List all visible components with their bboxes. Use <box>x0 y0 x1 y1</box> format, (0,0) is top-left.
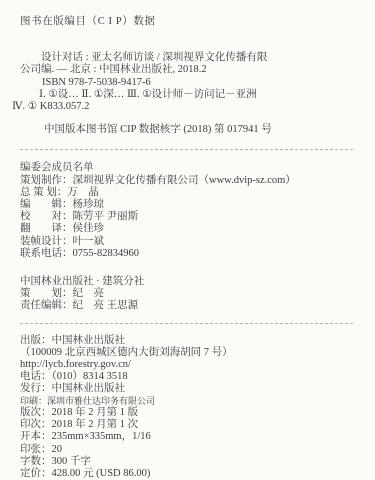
cip-class-line2: Ⅳ. ① K833.057.2 <box>12 101 357 113</box>
row-value: 陈劳平 尹丽斯 <box>73 211 139 222</box>
publishing-row: 印刷：深圳市雅仕达印务有限公司 <box>20 395 357 407</box>
publishing-row: 开本：235mm×335mm，1/16 <box>20 431 357 443</box>
row-label: 策 划： <box>20 288 73 299</box>
row-value: 2018 年 2 月第 1 版 <box>52 407 139 418</box>
row-label: 印次： <box>20 419 52 430</box>
row-label: 出版： <box>20 335 52 346</box>
row-value: 20 <box>52 444 63 455</box>
row-value: 深圳市雅仕达印务有限公司 <box>47 396 155 406</box>
row-value: 纪 亮 <box>73 288 105 299</box>
publisher-address: （100009 北京西城区德内大街刘海胡同 7 号） <box>20 347 357 359</box>
row-label: 发行： <box>20 383 52 394</box>
committee-section: 编委会成员名单 策划制作：深圳视界文化传播有限公司（www.dvip-sz.co… <box>20 162 357 260</box>
row-value: 中国林业出版社 <box>52 335 126 346</box>
row-label: 编 辑： <box>20 199 73 210</box>
publishing-row: 字数：300 千字 <box>20 456 357 468</box>
row-value: （010）8314 3518 <box>52 371 128 382</box>
row-value: 300 千字 <box>52 456 91 467</box>
row-label: 印刷： <box>20 396 47 406</box>
committee-row: 联系电话：0755-82834960 <box>20 248 357 260</box>
publishing-row: 出版：中国林业出版社 <box>20 335 357 347</box>
branch-row: 责任编辑：纪 亮 王思源 <box>20 300 357 312</box>
cip-registration-line: 中国版本图书馆 CIP 数据核字 (2018) 第 017941 号 <box>20 124 357 136</box>
row-label: 印张： <box>20 444 52 455</box>
committee-row: 策划制作：深圳视界文化传播有限公司（www.dvip-sz.com） <box>20 175 357 187</box>
separator-dashed-bottom <box>20 323 353 324</box>
publishing-row: 版次：2018 年 2 月第 1 版 <box>20 407 357 419</box>
row-value: 杨珍琼 <box>73 199 105 210</box>
row-label: 校 对： <box>20 211 73 222</box>
row-label: 总 策 划： <box>20 187 67 198</box>
publisher-url: http://lycb.forestry.gov.cn/ <box>20 359 357 371</box>
row-value: http://lycb.forestry.gov.cn/ <box>20 359 131 370</box>
cip-desc-line2: 公司编. — 北京 : 中国林业出版社, 2018.2 <box>20 64 357 76</box>
cip-class-line1: Ⅰ. ①设… Ⅱ. ①深… Ⅲ. ①设计师－访问记－亚洲 <box>20 89 357 101</box>
committee-row: 校 对：陈劳平 尹丽斯 <box>20 211 357 223</box>
row-value: 428.00 元 (USD 86.00) <box>52 468 151 479</box>
row-value: 0755-82834960 <box>73 248 140 259</box>
row-value: 中国林业出版社 <box>52 383 126 394</box>
row-value: 万 晶 <box>67 187 99 198</box>
row-value: 纪 亮 王思源 <box>73 300 139 311</box>
publishing-row: 发行：中国林业出版社 <box>20 383 357 395</box>
page-title: 图书在版编目（C I P）数据 <box>20 16 357 28</box>
row-label: 电话： <box>20 371 52 382</box>
row-label: 定价： <box>20 468 52 479</box>
branch-row: 策 划：纪 亮 <box>20 288 357 300</box>
row-label: 开本： <box>20 431 52 442</box>
branch-heading: 中国林业出版社 · 建筑分社 <box>20 276 357 288</box>
row-label: 联系电话： <box>20 248 73 259</box>
row-label: 策划制作： <box>20 175 73 186</box>
branch-section: 中国林业出版社 · 建筑分社 策 划：纪 亮 责任编辑：纪 亮 王思源 <box>20 276 357 313</box>
row-value: 叶一斌 <box>73 236 105 247</box>
publishing-row: 定价：428.00 元 (USD 86.00) <box>20 468 357 480</box>
publishing-section: 出版：中国林业出版社 （100009 北京西城区德内大街刘海胡同 7 号） ht… <box>20 335 357 480</box>
cip-description: 设计对话 : 亚太名师访谈 / 深圳视界文化传播有限 公司编. — 北京 : 中… <box>20 52 357 89</box>
committee-row: 翻 译：侯佳珍 <box>20 223 357 235</box>
committee-heading: 编委会成员名单 <box>20 162 357 174</box>
row-label: 翻 译： <box>20 223 73 234</box>
committee-row: 编 辑：杨珍琼 <box>20 199 357 211</box>
row-value: 235mm×335mm，1/16 <box>52 431 151 442</box>
cip-classification: Ⅰ. ①设… Ⅱ. ①深… Ⅲ. ①设计师－访问记－亚洲 Ⅳ. ① K833.0… <box>20 89 357 113</box>
committee-row: 装帧设计：叶一斌 <box>20 236 357 248</box>
row-label: 装帧设计： <box>20 236 73 247</box>
publishing-row: 印次：2018 年 2 月第 1 次 <box>20 419 357 431</box>
separator-dashed-top <box>20 149 353 150</box>
publishing-row: 电话：（010）8314 3518 <box>20 371 357 383</box>
committee-row: 总 策 划：万 晶 <box>20 187 357 199</box>
row-value: 2018 年 2 月第 1 次 <box>52 419 139 430</box>
row-value: 深圳视界文化传播有限公司（www.dvip-sz.com） <box>73 175 296 186</box>
cip-desc-line1: 设计对话 : 亚太名师访谈 / 深圳视界文化传播有限 <box>20 52 357 64</box>
publishing-row: 印张：20 <box>20 444 357 456</box>
row-value: （100009 北京西城区德内大街刘海胡同 7 号） <box>20 347 233 358</box>
row-value: 侯佳珍 <box>73 223 105 234</box>
isbn-line: ISBN 978-7-5038-9417-6 <box>20 77 357 89</box>
colophon-page: 图书在版编目（C I P）数据 设计对话 : 亚太名师访谈 / 深圳视界文化传播… <box>0 0 375 480</box>
row-label: 版次： <box>20 407 52 418</box>
row-label: 字数： <box>20 456 52 467</box>
row-label: 责任编辑： <box>20 300 73 311</box>
